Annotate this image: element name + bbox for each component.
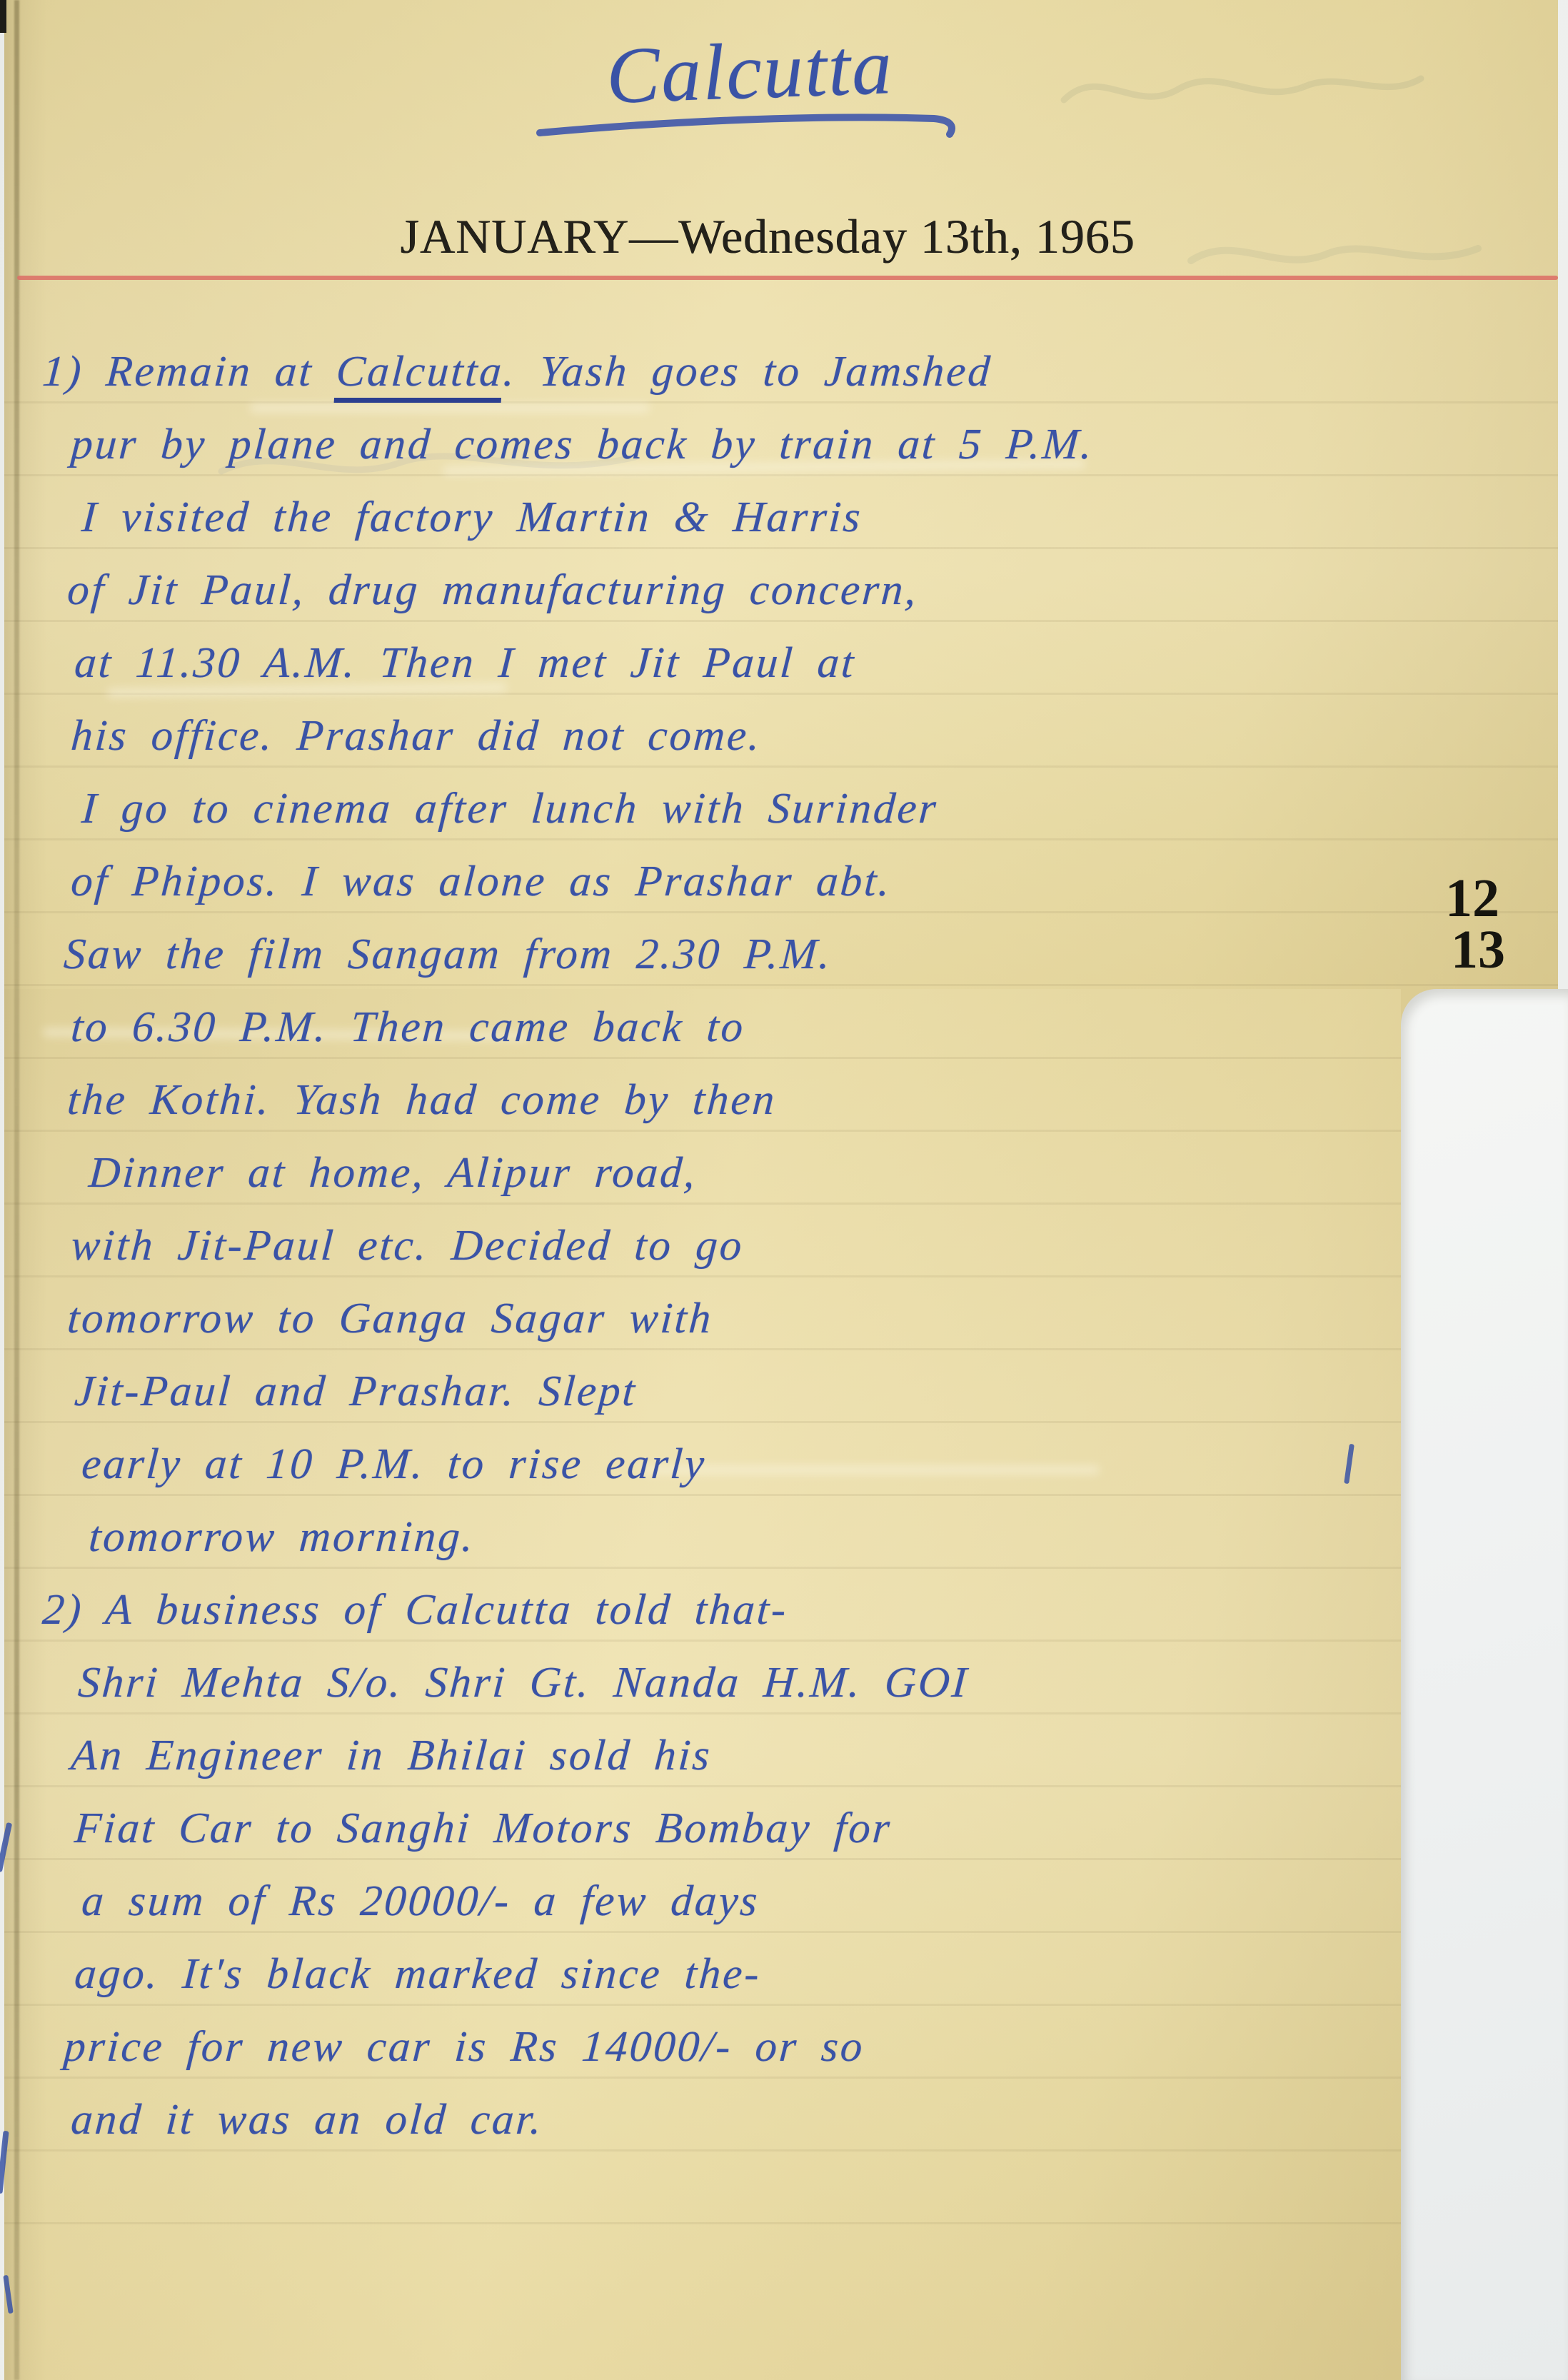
handwritten-line: An Engineer in Bhilai sold his — [69, 1719, 1409, 1792]
handwritten-line: to 6.30 P.M. Then came back to — [69, 991, 1409, 1064]
handwritten-line: 2) A business of Calcutta told that- — [40, 1574, 1409, 1647]
handwritten-entry: 1) Remain at Calcutta. Yash goes to Jams… — [40, 336, 1404, 2156]
title-underline-stroke — [534, 100, 977, 150]
handwritten-line: of Jit Paul, drug manufacturing concern, — [65, 554, 1409, 627]
handwritten-line: his office. Prashar did not come. — [69, 700, 1409, 773]
handwritten-line: Shri Mehta S/o. Shri Gt. Nanda H.M. GOI — [76, 1647, 1409, 1719]
handwritten-line: pur by plane and comes back by train at … — [69, 408, 1409, 481]
handwritten-line: of Phipos. I was alone as Prashar abt. — [69, 845, 1409, 918]
handwritten-line: 1) Remain at Calcutta. Yash goes to Jams… — [40, 336, 1409, 408]
underlying-next-page — [1401, 989, 1568, 2380]
handwritten-line: price for new car is Rs 14000/- or so — [61, 2011, 1409, 2084]
scanned-diary-page: { "document": { "location_heading": "Cal… — [0, 0, 1568, 2380]
handwritten-line: early at 10 P.M. to rise early — [79, 1428, 1409, 1501]
handwritten-line: the Kothi. Yash had come by then — [65, 1064, 1409, 1137]
handwritten-line: I visited the factory Martin & Harris — [79, 481, 1409, 554]
scan-edge-artifact — [0, 0, 6, 33]
handwritten-line: tomorrow morning. — [86, 1501, 1409, 1574]
handwritten-line: Fiat Car to Sanghi Motors Bombay for — [72, 1792, 1409, 1865]
handwritten-line: Saw the film Sangam from 2.30 P.M. — [61, 918, 1409, 991]
handwritten-line: at 11.30 A.M. Then I met Jit Paul at — [72, 627, 1409, 700]
entry-number-and-text: 1) Remain at — [41, 348, 338, 396]
underlined-city-word: Calcutta — [334, 348, 505, 403]
handwritten-line: I go to cinema after lunch with Surinder — [79, 773, 1409, 845]
line-continuation: . Yash goes to Jamshed — [502, 348, 994, 396]
page-tab-number-top: 12 — [1445, 871, 1499, 925]
handwritten-line: Jit-Paul and Prashar. Slept — [72, 1355, 1409, 1428]
handwritten-line: tomorrow to Ganga Sagar with — [65, 1282, 1409, 1355]
handwritten-line: a sum of Rs 20000/- a few days — [79, 1865, 1409, 1938]
page-tab-number-bottom: 13 — [1451, 923, 1505, 977]
printed-date-heading: JANUARY—Wednesday 13th, 1965 — [357, 209, 1178, 265]
handwritten-line: ago. It's black marked since the- — [72, 1938, 1409, 2011]
handwritten-line: and it was an old car. — [69, 2084, 1409, 2156]
handwritten-line: Dinner at home, Alipur road, — [86, 1137, 1409, 1210]
ink-bleed-ghost — [1057, 50, 1428, 129]
binding-crease — [14, 0, 19, 2380]
ink-bleed-ghost — [1185, 221, 1485, 286]
handwritten-line: with Jit-Paul etc. Decided to go — [69, 1210, 1409, 1282]
